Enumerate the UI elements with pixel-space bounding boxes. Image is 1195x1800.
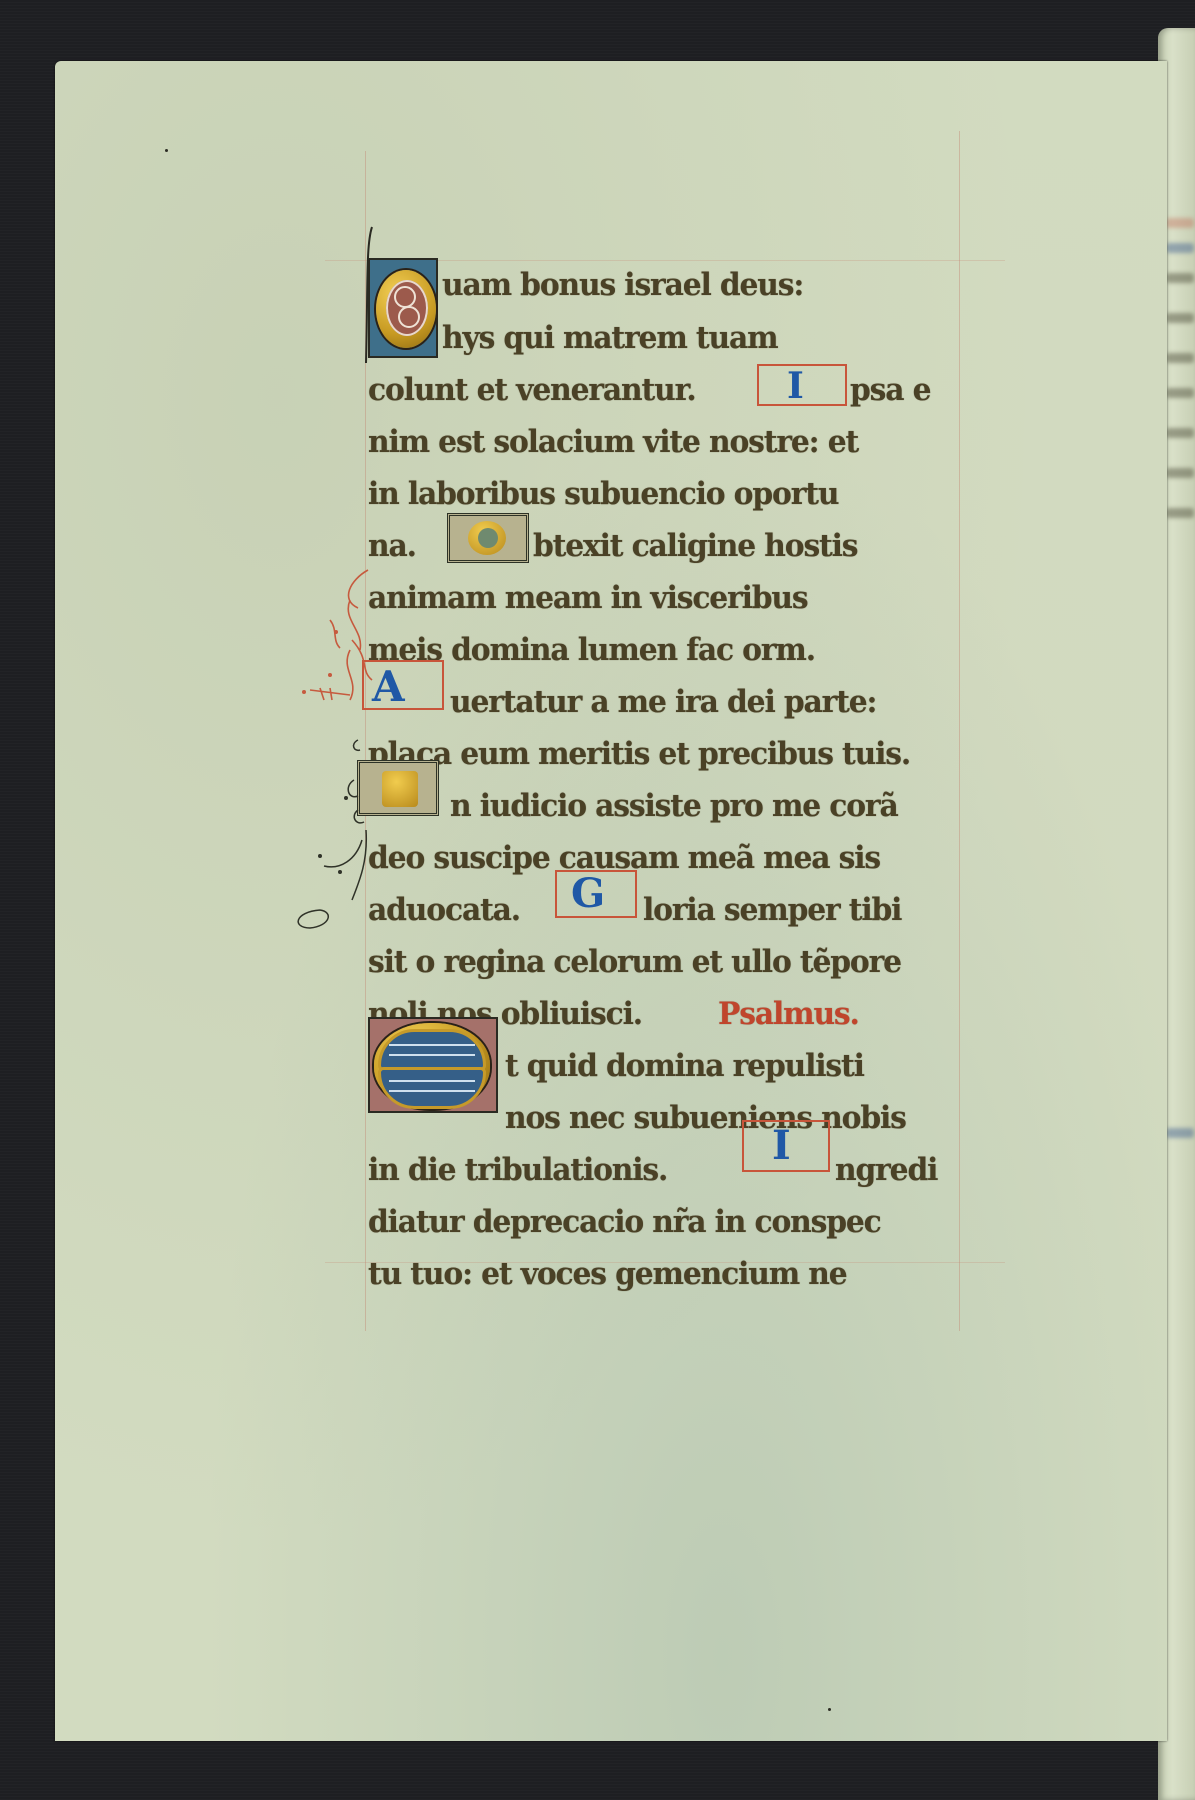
text-line-6: na. xyxy=(368,526,416,566)
initial-E-upper-bowl xyxy=(378,1029,486,1071)
ruling-line-right xyxy=(959,131,960,1331)
ornament-stripe xyxy=(389,1054,475,1056)
next-page-initial-bleed xyxy=(1166,1128,1194,1138)
text-line-10: placa eum meritis et precibus tuis. xyxy=(368,734,910,774)
text-line-13-cont: loria semper tibi xyxy=(643,890,901,930)
text-line-9: uertatur a me ira dei parte: xyxy=(450,682,876,722)
text-line-1: uam bonus israel deus: xyxy=(442,265,803,305)
text-line-2: hys qui matrem tuam xyxy=(442,318,777,358)
initial-O-center xyxy=(478,528,498,548)
text-line-19: diatur deprecacio nr̃a in conspec xyxy=(368,1202,881,1242)
initial-I-glyph: I xyxy=(787,368,804,404)
text-line-18: in die tribulationis. xyxy=(368,1150,667,1190)
inline-initial-G: G xyxy=(555,870,637,918)
text-line-13: aduocata. xyxy=(368,890,520,930)
initial-Q-bowl xyxy=(386,280,428,336)
initial-I-gold-glyph xyxy=(382,771,418,807)
inline-initial-I-2: I xyxy=(742,1120,830,1172)
next-page-text-bleed xyxy=(1166,388,1194,398)
initial-A-glyph: A xyxy=(372,666,405,708)
text-line-17: nos nec subueniens nobis xyxy=(505,1098,906,1138)
initial-G-glyph: G xyxy=(571,874,605,914)
text-line-7: animam meam in visceribus xyxy=(368,578,808,618)
text-line-3-cont: psa e xyxy=(850,370,930,410)
initial-A: A xyxy=(362,660,444,710)
initial-I2-glyph: I xyxy=(772,1126,791,1166)
ornament-stripe xyxy=(389,1080,475,1082)
text-line-16: t quid domina repulisti xyxy=(505,1046,864,1086)
inline-initial-I: I xyxy=(757,364,847,406)
initial-E-lower-bowl xyxy=(378,1067,486,1109)
ink-speck xyxy=(828,1708,831,1711)
next-page-initial-bleed xyxy=(1166,243,1194,253)
next-page-text-bleed xyxy=(1166,428,1194,438)
initial-I-gold xyxy=(357,760,439,816)
text-line-6-cont: btexit caligine hostis xyxy=(533,526,857,566)
illuminated-initial-E xyxy=(368,1017,498,1113)
next-page-text-bleed xyxy=(1166,468,1194,478)
ink-speck xyxy=(165,149,168,152)
text-line-5: in laboribus subuencio oportu xyxy=(368,474,838,514)
next-page-text-bleed xyxy=(1166,273,1194,283)
next-page-rubric-bleed xyxy=(1166,218,1194,228)
ornament-stripe xyxy=(389,1044,475,1046)
next-page-text-bleed xyxy=(1166,508,1194,518)
text-line-11: n iudicio assiste pro me corã xyxy=(450,786,898,826)
next-page-text-bleed xyxy=(1166,353,1194,363)
text-line-3: colunt et venerantur. xyxy=(368,370,696,410)
illuminated-initial-Q xyxy=(368,258,438,358)
swirl-ornament xyxy=(394,286,416,308)
ornament-stripe xyxy=(389,1090,475,1092)
inline-initial-O xyxy=(447,513,529,563)
ruling-line-left xyxy=(365,151,366,1331)
swirl-ornament xyxy=(398,306,420,328)
next-page-text-bleed xyxy=(1166,313,1194,323)
text-line-20: tu tuo: et voces gemencium ne xyxy=(368,1254,847,1294)
text-line-18-cont: ngredi xyxy=(835,1150,937,1190)
rubric-psalmus: Psalmus. xyxy=(718,994,859,1034)
text-line-4: nim est solacium vite nostre: et xyxy=(368,422,858,462)
text-line-14: sit o regina celorum et ullo tẽpore xyxy=(368,942,901,982)
